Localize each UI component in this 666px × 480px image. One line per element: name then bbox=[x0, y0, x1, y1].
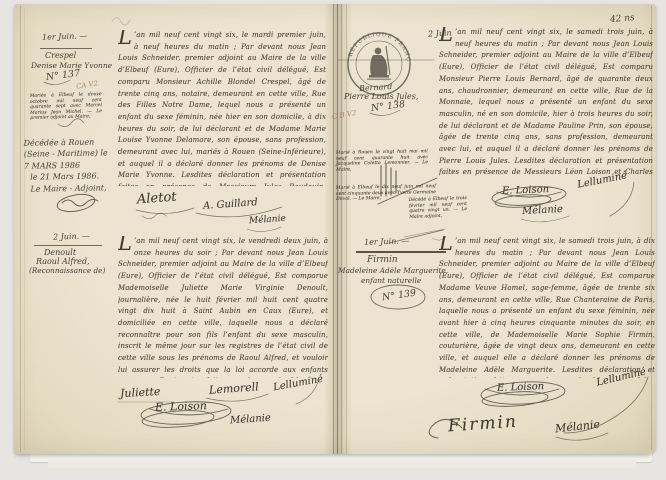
margin-extra: (Reconnaissance de) bbox=[29, 266, 105, 275]
marriage-margin-note: Marié à Rouen le vingt huit mai mil neuf… bbox=[336, 149, 428, 173]
margin-date: 1er Juin. — bbox=[42, 31, 88, 42]
margin-rule bbox=[356, 251, 446, 253]
margin-extra: enfant naturelle bbox=[361, 276, 421, 285]
act-initial: L bbox=[439, 236, 453, 251]
margin-given-names: Madeleine Adèle Marguerite, bbox=[338, 266, 448, 275]
act-text: ’an mil neuf cent vingt six, le samedi t… bbox=[439, 28, 653, 179]
act-body: L’an mil neuf cent vingt six, le samedi … bbox=[439, 27, 653, 179]
death-note-line: Le Maire - Adjoint, bbox=[24, 182, 112, 195]
signature: E. Loison bbox=[155, 399, 207, 414]
under-page-edge-2 bbox=[48, 460, 636, 468]
signature: E. Loison bbox=[497, 381, 544, 394]
page-number: 42 ns bbox=[610, 13, 636, 25]
marriage-margin-note: Mariée à Elbeuf le douze octobre mil neu… bbox=[30, 92, 103, 121]
gutter-line bbox=[337, 4, 338, 454]
margin-given-names: Pierre Louis Jules, bbox=[344, 92, 418, 101]
margin-date: 2 Juin. — bbox=[53, 231, 90, 241]
gutter-line bbox=[333, 4, 334, 454]
gutter-line bbox=[341, 4, 342, 454]
left-page-edge-2 bbox=[24, 8, 25, 450]
margin-rule bbox=[34, 245, 102, 246]
signature: Mélanie bbox=[522, 204, 563, 217]
margin-date: 1er Juin. — bbox=[364, 236, 410, 247]
stamp-figure bbox=[367, 46, 391, 80]
act-body: L’an mil neuf cent vingt six, le vendred… bbox=[118, 236, 328, 378]
act-initial: L bbox=[118, 30, 132, 45]
act-body: L’an mil neuf cent vingt six, le mardi p… bbox=[118, 30, 326, 186]
act-body: L’an mil neuf cent vingt six, le samedi … bbox=[439, 236, 655, 378]
signature: E. Loison bbox=[502, 184, 549, 197]
act-text: ’an mil neuf cent vingt six, le mardi pr… bbox=[118, 31, 326, 186]
margin-given-names: Raoul Alfred, bbox=[36, 257, 90, 266]
death-margin-note: Décédée à Rouen (Seine - Maritime) le 7 … bbox=[24, 136, 113, 195]
margin-rule bbox=[40, 48, 92, 49]
act-initial: L bbox=[439, 27, 453, 42]
signature: Aletot bbox=[137, 190, 177, 208]
margin-surname: Denoult bbox=[44, 248, 76, 257]
act-initial: L bbox=[118, 236, 132, 251]
register-scan: 1er Juin. — Crespel Denise Marie Yvonne … bbox=[0, 0, 666, 480]
left-page-edge bbox=[20, 6, 21, 452]
act-text: ’an mil neuf cent vingt six, le vendredi… bbox=[118, 237, 328, 378]
margin-surname: Crespel bbox=[45, 51, 76, 60]
death-note-line: (Seine - Maritime) le bbox=[24, 148, 112, 161]
act-text: ’an mil neuf cent vingt six, le samedi t… bbox=[439, 237, 655, 378]
margin-surname: Firmin bbox=[367, 255, 398, 265]
death-side-note: Décédé à Elbeuf le trois février mil neu… bbox=[409, 196, 468, 220]
signature: Juliette bbox=[120, 385, 161, 400]
